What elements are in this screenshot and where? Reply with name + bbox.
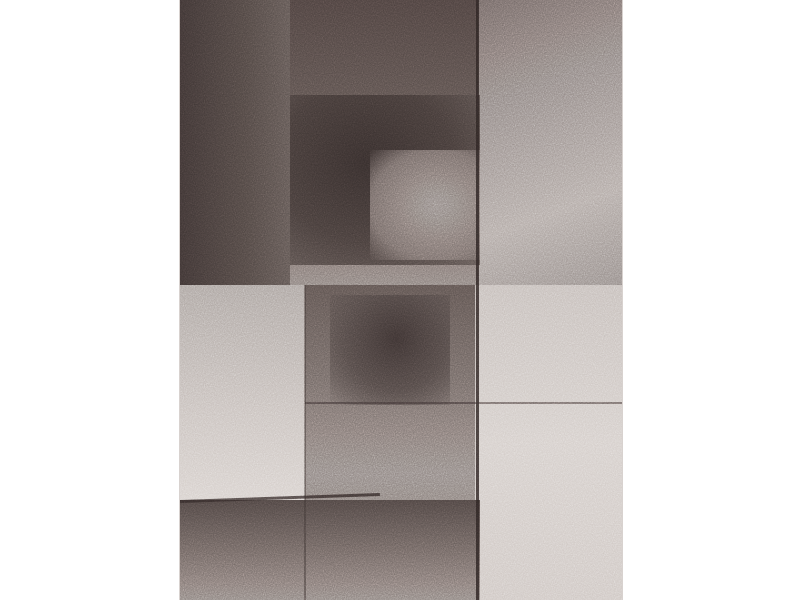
rug-photo: [180, 0, 622, 600]
pile-texture: [180, 0, 622, 600]
